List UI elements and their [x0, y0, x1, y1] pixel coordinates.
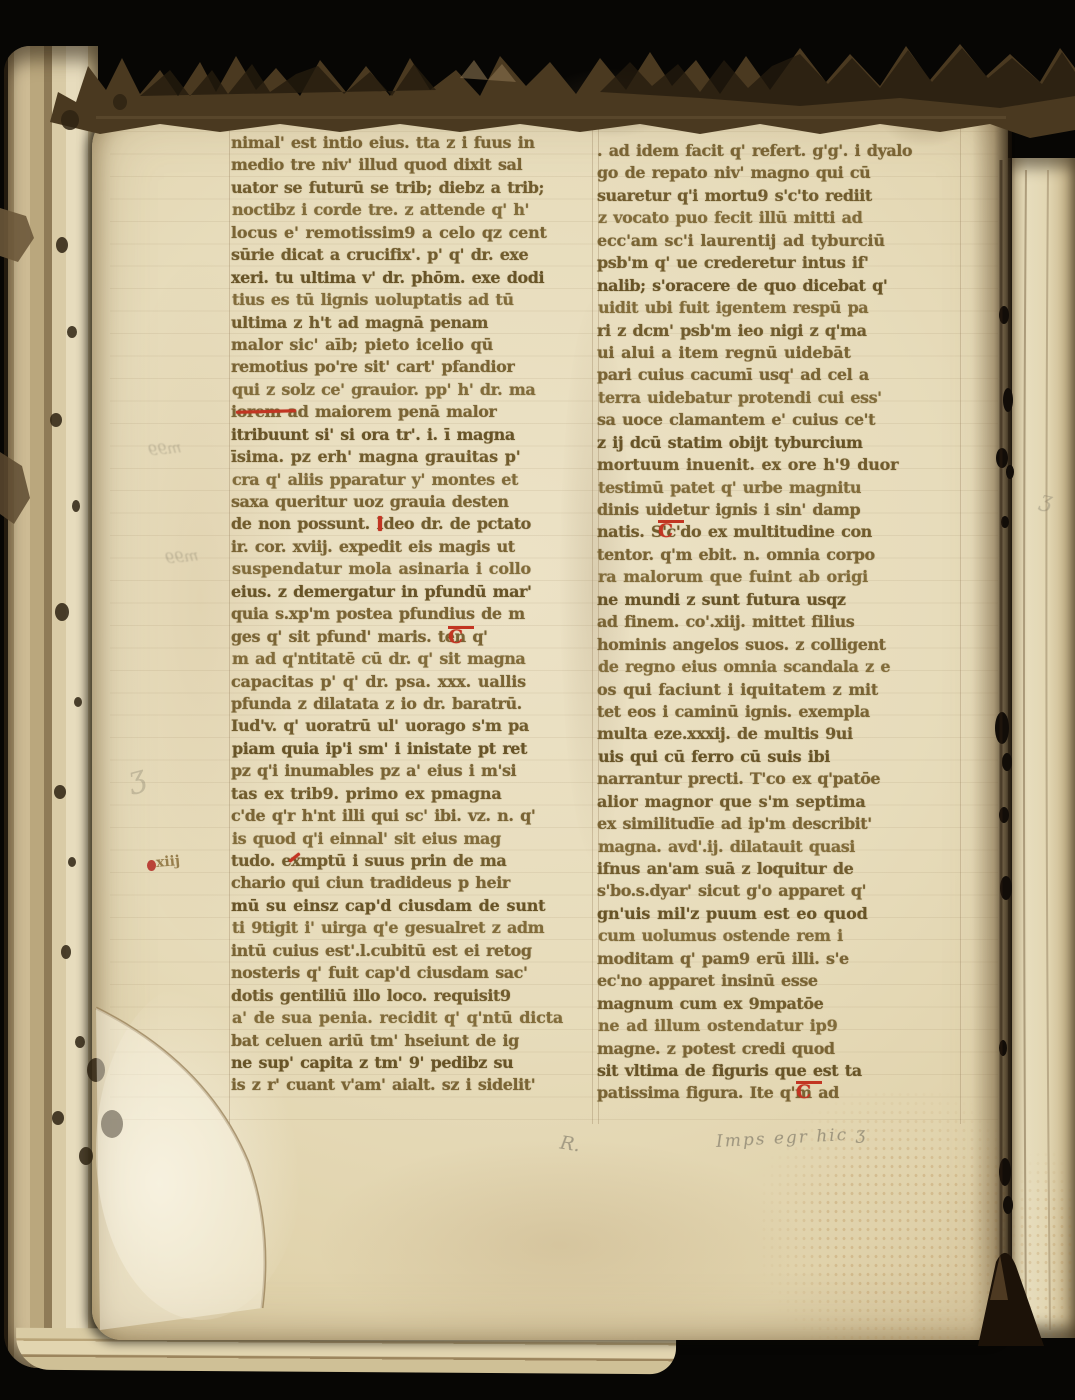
- rubric-red-dot: [147, 860, 156, 871]
- manuscript-text-line: tentor. q'm ebit. n. omnia corpo: [597, 544, 963, 566]
- facing-page-edge: [1008, 158, 1075, 1338]
- manuscript-text-line: c'de q'r h'nt illi qui sc' ibi. vz. n. q…: [231, 805, 593, 827]
- manuscript-text-line: tudo. exmptū i suus prin de ma: [231, 850, 593, 872]
- manuscript-text-line: malor sic' aīb; pieto icelio qū: [231, 334, 593, 356]
- manuscript-text-line: ne ad illum ostendatur ip9: [598, 1015, 964, 1037]
- manuscript-text-line: sit vltima de figuris que est ta: [597, 1060, 963, 1082]
- manuscript-text-line: pari cuius cacumī usq' ad cel a: [597, 364, 963, 386]
- manuscript-text-line: ne mundi z sunt futura usqz: [597, 589, 963, 611]
- manuscript-text-line: multa eze.xxxij. de multis 9ui: [597, 723, 963, 745]
- binding-cover-edge: [4, 46, 98, 1368]
- manuscript-text-line: tet eos i caminū ignis. exempla: [597, 701, 963, 723]
- manuscript-text-line: xeri. tu ultima v' dr. phōm. exe dodi: [231, 267, 593, 289]
- manuscript-text-line: magnum cum ex 9mpatōe: [597, 993, 963, 1015]
- manuscript-text-line: remotius po're sit' cart' pfandior: [231, 356, 593, 378]
- manuscript-text-line: de regno eius omnia scandala z e: [598, 656, 964, 678]
- manuscript-text-line: psb'm q' ue crederetur intus if': [597, 252, 963, 274]
- manuscript-text-line: de non possunt. Ideo dr. de pctato: [231, 513, 593, 535]
- manuscript-text-line: sa uoce clamantem e' cuius ce't: [597, 409, 963, 431]
- manuscript-text-line: saxa queritur uoz grauia desten: [231, 491, 593, 513]
- manuscript-text-line: īsima. pz erh' magna grauitas p': [231, 446, 593, 468]
- manuscript-text-line: chario qui ciun tradideus p heir: [231, 872, 593, 894]
- manuscript-text-line: ne sup' capita z tm' 9' pedibz su: [231, 1052, 593, 1074]
- manuscript-text-line: ad finem. co'.xiij. mittet filius: [597, 611, 963, 633]
- manuscript-text-line: uis qui cū ferro cū suis ibi: [598, 746, 964, 768]
- manuscript-text-line: magna. avd'.ij. dilatauit quasi: [598, 836, 964, 858]
- manuscript-text-line: is quod q'i einnal' sit eius mag: [232, 828, 594, 850]
- manuscript-text-line: testimū patet q' urbe magnitu: [598, 477, 964, 499]
- manuscript-text-line: pfunda z dilatata z io dr. baratrū.: [231, 693, 593, 715]
- manuscript-text-line: terra uidebatur protendi cui ess': [598, 387, 964, 409]
- manuscript-text-line: eius. z demergatur in pfundū mar': [231, 581, 593, 603]
- manuscript-text-line: ir. cor. xviij. expedit eis magis ut: [231, 536, 593, 558]
- manuscript-text-line: cum uolumus ostende rem i: [598, 925, 964, 947]
- marginal-note: m99: [164, 546, 199, 567]
- manuscript-text-line: s'bo.s.dyar' sicut g'o apparet q': [597, 880, 963, 902]
- rubric-capitulum: C: [658, 520, 684, 539]
- text-column-left: nimal' est intio eius. tta z i fuus inme…: [231, 132, 593, 1122]
- manuscript-text-line: tius es tū lignis uoluptatis ad tū: [232, 289, 594, 311]
- manuscript-text-line: medio tre niv' illud quod dixit sal: [231, 154, 593, 176]
- manuscript-text-line: gn'uis mil'z puum est eo quod: [597, 903, 963, 925]
- manuscript-text-line: piam quia ip'i sm' i inistate pt ret: [232, 738, 594, 760]
- manuscript-text-line: nimal' est intio eius. tta z i fuus in: [231, 132, 593, 154]
- manuscript-text-line: ri z dcm' psb'm ieo nigi z q'ma: [597, 320, 963, 342]
- manuscript-text-line: os qui faciunt i iquitatem z mit: [597, 679, 963, 701]
- text-column-right: . ad idem facit q' refert. g'g'. i dyalo…: [597, 140, 963, 1125]
- manuscript-photo: nimal' est intio eius. tta z i fuus inme…: [0, 0, 1075, 1400]
- manuscript-text-line: ultima z h't ad magnā penam: [231, 312, 593, 334]
- vertical-ruling: [229, 124, 230, 1124]
- manuscript-text-line: magne. z potest credi quod: [597, 1038, 963, 1060]
- manuscript-text-line: cra q' aliis pparatur y' montes et: [232, 469, 594, 491]
- manuscript-text-line: suaretur q'i mortu9 s'c'to rediit: [597, 185, 963, 207]
- manuscript-text-line: ifnus an'am suā z loquitur de: [597, 858, 963, 880]
- rubric-capitulum: C: [796, 1081, 822, 1100]
- manuscript-text-line: narrantur precti. T'co ex q'patōe: [597, 768, 963, 790]
- manuscript-text-line: qui z solz ce' grauior. pp' h' dr. ma: [232, 379, 594, 401]
- manuscript-text-line: itribuunt si' si ora tr'. i. ī magna: [231, 424, 593, 446]
- manuscript-text-line: nosteris q' fuit cap'd ciusdam sac': [231, 962, 593, 984]
- marginal-note-xiij: xiij: [155, 853, 180, 871]
- manuscript-text-line: . ad idem facit q' refert. g'g'. i dyalo: [597, 140, 963, 162]
- manuscript-text-line: z ij dcū statim obijt tyburcium: [597, 432, 963, 454]
- manuscript-text-line: pz q'i inumables pz a' eius i m'si: [231, 760, 593, 782]
- manuscript-text-line: alior magnor que s'm septima: [597, 791, 963, 813]
- manuscript-text-line: m ad q'ntitatē cū dr. q' sit magna: [232, 648, 594, 670]
- manuscript-text-line: go de repato niv' magno qui cū: [597, 162, 963, 184]
- manuscript-text-line: suspendatur mola asinaria i collo: [232, 558, 594, 580]
- manuscript-text-line: bat celuen ariū tm' hseiunt de ig: [231, 1030, 593, 1052]
- manuscript-text-line: mū su einsz cap'd ciusdam de sunt: [231, 895, 593, 917]
- manuscript-text-line: natis. S'c'do ex multitudine con: [597, 521, 963, 543]
- manuscript-text-line: uator se futurū se trib; diebz a trib;: [231, 177, 593, 199]
- pencil-mark: R.: [558, 1132, 582, 1157]
- manuscript-text-line: z vocato puo fecit illū mitti ad: [598, 207, 964, 229]
- marginal-note: m99: [147, 438, 182, 459]
- manuscript-text-line: ra malorum que fuint ab origi: [598, 566, 964, 588]
- manuscript-text-line: is z r' cuant v'am' aialt. sz i sidelit': [231, 1074, 593, 1096]
- manuscript-text-line: uidit ubi fuit igentem respū pa: [598, 297, 964, 319]
- rubric-capitulum: C: [448, 626, 474, 645]
- manuscript-text-line: capacitas p' q' dr. psa. xxx. uallis: [231, 671, 593, 693]
- manuscript-text-line: dinis uidetur ignis i sin' damp: [597, 499, 963, 521]
- manuscript-text-line: nalib; s'oracere de quo dicebat q': [597, 275, 963, 297]
- manuscript-text-line: ui alui a item regnū uidebāt: [597, 342, 963, 364]
- manuscript-text-line: quia s.xp'm postea pfundius de m: [231, 603, 593, 625]
- manuscript-text-line: mortuum inuenit. ex ore h'9 duor: [597, 454, 963, 476]
- manuscript-text-line: moditam q' pam9 erū illi. s'e: [597, 948, 963, 970]
- manuscript-text-line: sūrie dicat a crucifix'. p' q' dr. exe: [231, 244, 593, 266]
- manuscript-text-line: a' de sua penia. recidit q' q'ntū dicta: [232, 1007, 594, 1029]
- manuscript-text-line: locus e' remotissim9 a celo qz cent: [231, 222, 593, 244]
- manuscript-text-line: ti 9tigit i' uirga q'e gesualret z adm: [232, 917, 594, 939]
- manuscript-text-line: ges q' sit pfund' maris. ten q': [231, 626, 593, 648]
- manuscript-text-line: hominis angelos suos. z colligent: [597, 634, 963, 656]
- manuscript-text-line: ecc'am sc'i laurentij ad tyburciū: [597, 230, 963, 252]
- manuscript-text-line: intū cuius est'.l.cubitū est ei retog: [231, 940, 593, 962]
- manuscript-text-line: patissima figura. Ite q'm ad: [597, 1082, 963, 1104]
- rubric-initial-stroke: [378, 516, 382, 531]
- manuscript-text-line: dotis gentiliū illo loco. requisit9: [231, 985, 593, 1007]
- manuscript-text-line: ex similitudīe ad ip'm describit': [597, 813, 963, 835]
- manuscript-text-line: ec'no apparet insinū esse: [597, 970, 963, 992]
- manuscript-text-line: Iud'v. q' uoratrū ul' uorago s'm pa: [231, 715, 593, 737]
- manuscript-text-line: noctibz i corde tre. z attende q' h': [232, 199, 594, 221]
- manuscript-text-line: tas ex trib9. primo ex pmagna: [231, 783, 593, 805]
